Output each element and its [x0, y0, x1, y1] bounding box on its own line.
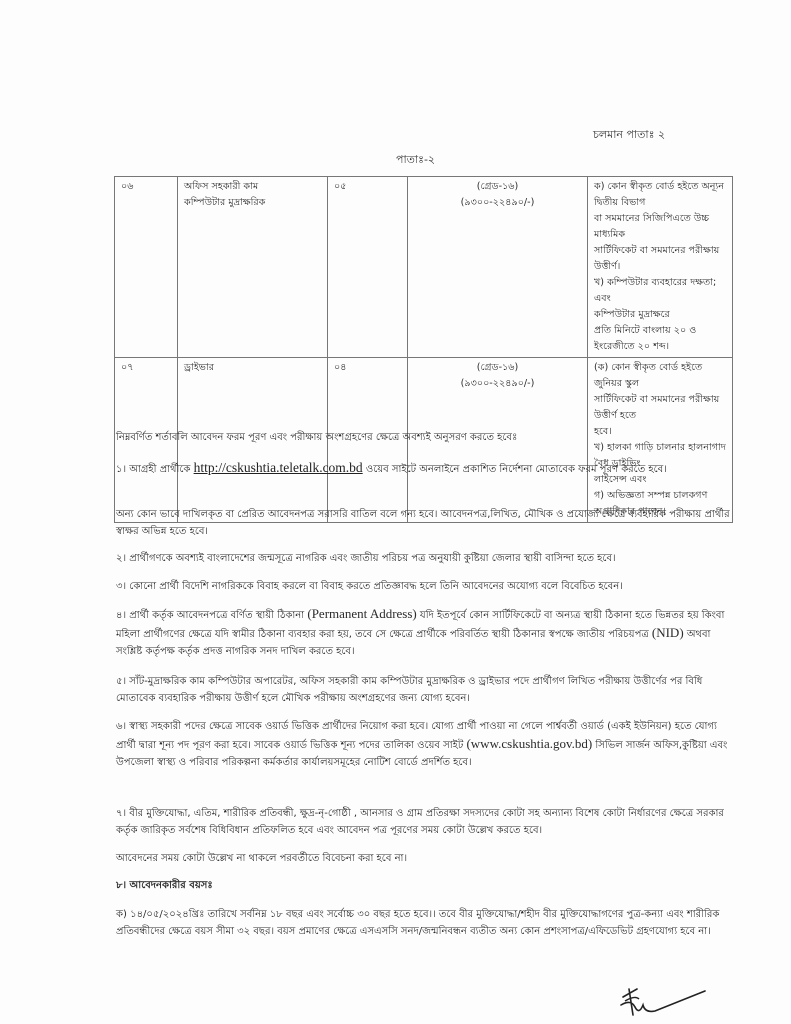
running-page-number: চলমান পাতাঃ ২ [593, 126, 665, 145]
condition-7: ৭। বীর মুক্তিযোদ্ধা, এতিম, শারীরিক প্রতি… [116, 805, 736, 839]
quantity-cell: ০৫ [328, 177, 408, 358]
section-heading-applicant-age: ৮। আবেদনকারীর বয়সঃ [116, 877, 736, 894]
grade-cell: (গ্রেড-১৬) (৯৩০০-২২৪৯০/-) [408, 177, 588, 358]
post-name-cell: অফিস সহকারী কাম কম্পিউটার মুদ্রাক্ষরিক [178, 177, 328, 358]
document-page: চলমান পাতাঃ ২ পাতাঃ-২ ০৬ অফিস সহকারী কাম… [0, 0, 791, 1024]
condition-5: ৫। সাঁট-মুদ্রাক্ষরিক কাম কম্পিউটার অপারে… [116, 673, 736, 707]
teletalk-application-link[interactable]: http://cskushtia.teletalk.com.bd [194, 460, 363, 475]
signature-icon [615, 985, 725, 1021]
condition-4: ৪। প্রার্থী কর্তৃক আবেদনপত্রে বর্ণিত স্থ… [116, 605, 736, 660]
condition-1-note: অন্য কোন ভাবে দাখিলকৃত বা প্রেরিত আবেদনপ… [116, 506, 736, 540]
condition-7-note: আবেদনের সময় কোটা উল্লেখ না থাকলে পরবর্ত… [116, 850, 736, 867]
condition-3: ৩। কোনো প্রার্থী বিদেশি নাগরিককে বিবাহ ক… [116, 578, 736, 595]
serial-cell: ০৬ [115, 177, 178, 358]
page-label: পাতাঃ-২ [396, 151, 435, 170]
condition-1: ১। আগ্রহী প্রার্থীকে http://cskushtia.te… [116, 459, 736, 478]
condition-6: ৬। স্বাস্থ্য সহকারী পদের ক্ষেত্রে সাবেক … [116, 718, 736, 771]
conditions-intro: নিম্নবর্ণিত শর্তাবলি আবেদন ফরম পূরণ এবং … [116, 429, 736, 446]
cskushtia-gov-link[interactable]: (www.cskushtia.gov.bd) [466, 736, 592, 751]
table-row: ০৬ অফিস সহকারী কাম কম্পিউটার মুদ্রাক্ষরি… [115, 177, 733, 358]
condition-2: ২। প্রার্থীগণকে অবশ্যই বাংলাদেশের জন্মসূ… [116, 550, 736, 567]
condition-8a: ক) ১৪/০৫/২০২৪খ্রিঃ তারিখে সর্বনিম্ন ১৮ ব… [116, 906, 736, 940]
qualification-cell: ক) কোন স্বীকৃত বোর্ড হইতে অন্যূন দ্বিতীয… [588, 177, 733, 358]
